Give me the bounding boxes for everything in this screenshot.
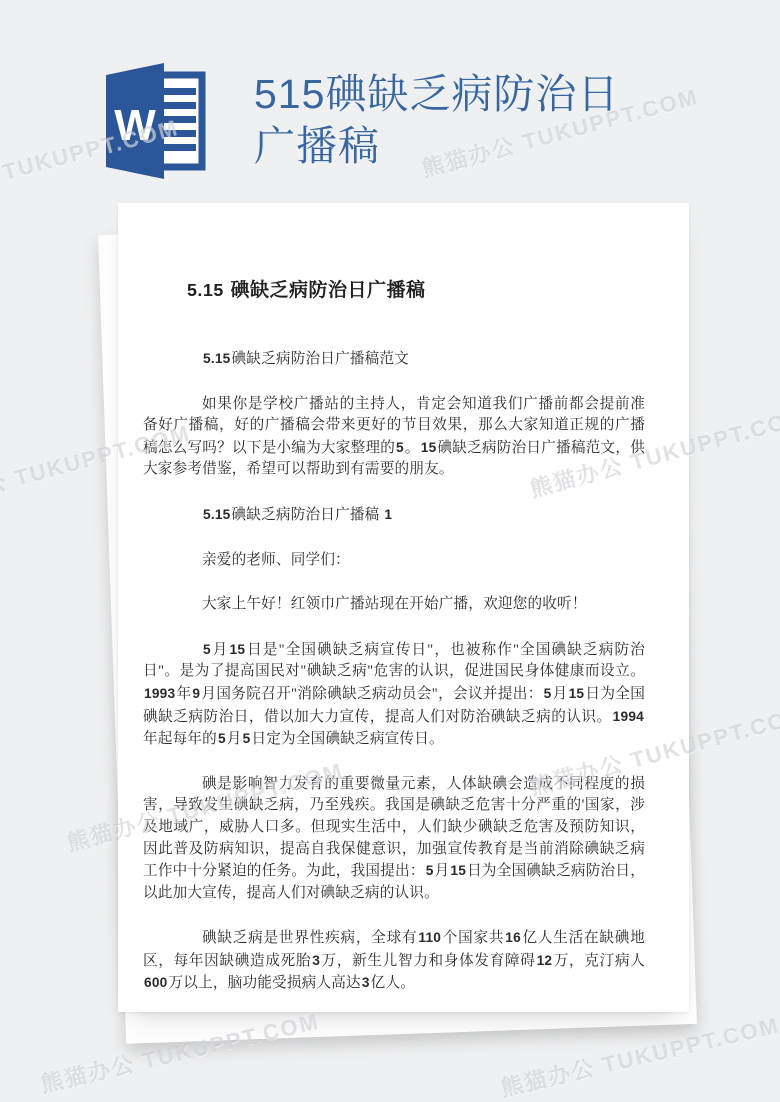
template-header: W 515碘缺乏病防治日广播稿 xyxy=(104,62,646,180)
page-background: W 515碘缺乏病防治日广播稿 5.15 碘缺乏病防治日广播稿 5.15碘缺乏病… xyxy=(0,0,780,1102)
doc-para: 如果你是学校广播站的主持人，肯定会知道我们广播前都会提前准备好广播稿，好的广播稿… xyxy=(143,394,645,481)
w-letter: W xyxy=(114,101,156,150)
doc-para: 碘缺乏病是世界性疾病，全球有110个国家共16亿人生活在缺碘地区，每年因缺碘造成… xyxy=(143,927,645,995)
doc-para: 碘是影响智力发育的重要微量元素，人体缺碘会造成不同程度的损害，导致发生碘缺乏病，… xyxy=(143,774,645,905)
word-file-icon: W xyxy=(104,62,206,180)
doc-line: 大家上午好！红领巾广播站现在开始广播，欢迎您的收听！ xyxy=(202,594,645,616)
doc-para: 5月15日是"全国碘缺乏病宣传日"，也被称作"全国碘缺乏病防治日"。是为了提高国… xyxy=(143,639,645,751)
template-title: 515碘缺乏病防治日广播稿 xyxy=(254,68,646,172)
doc-subhead: 5.15碘缺乏病防治日广播稿范文 xyxy=(202,348,645,371)
document-page: 5.15 碘缺乏病防治日广播稿 5.15碘缺乏病防治日广播稿范文如果你是学校广播… xyxy=(118,203,689,1012)
document-heading: 5.15 碘缺乏病防治日广播稿 xyxy=(186,277,645,304)
document-body: 5.15碘缺乏病防治日广播稿范文如果你是学校广播站的主持人，肯定会知道我们广播前… xyxy=(143,348,645,995)
doc-line: 亲爱的老师、同学们： xyxy=(202,550,645,572)
doc-subhead: 5.15碘缺乏病防治日广播稿 1 xyxy=(202,504,645,527)
